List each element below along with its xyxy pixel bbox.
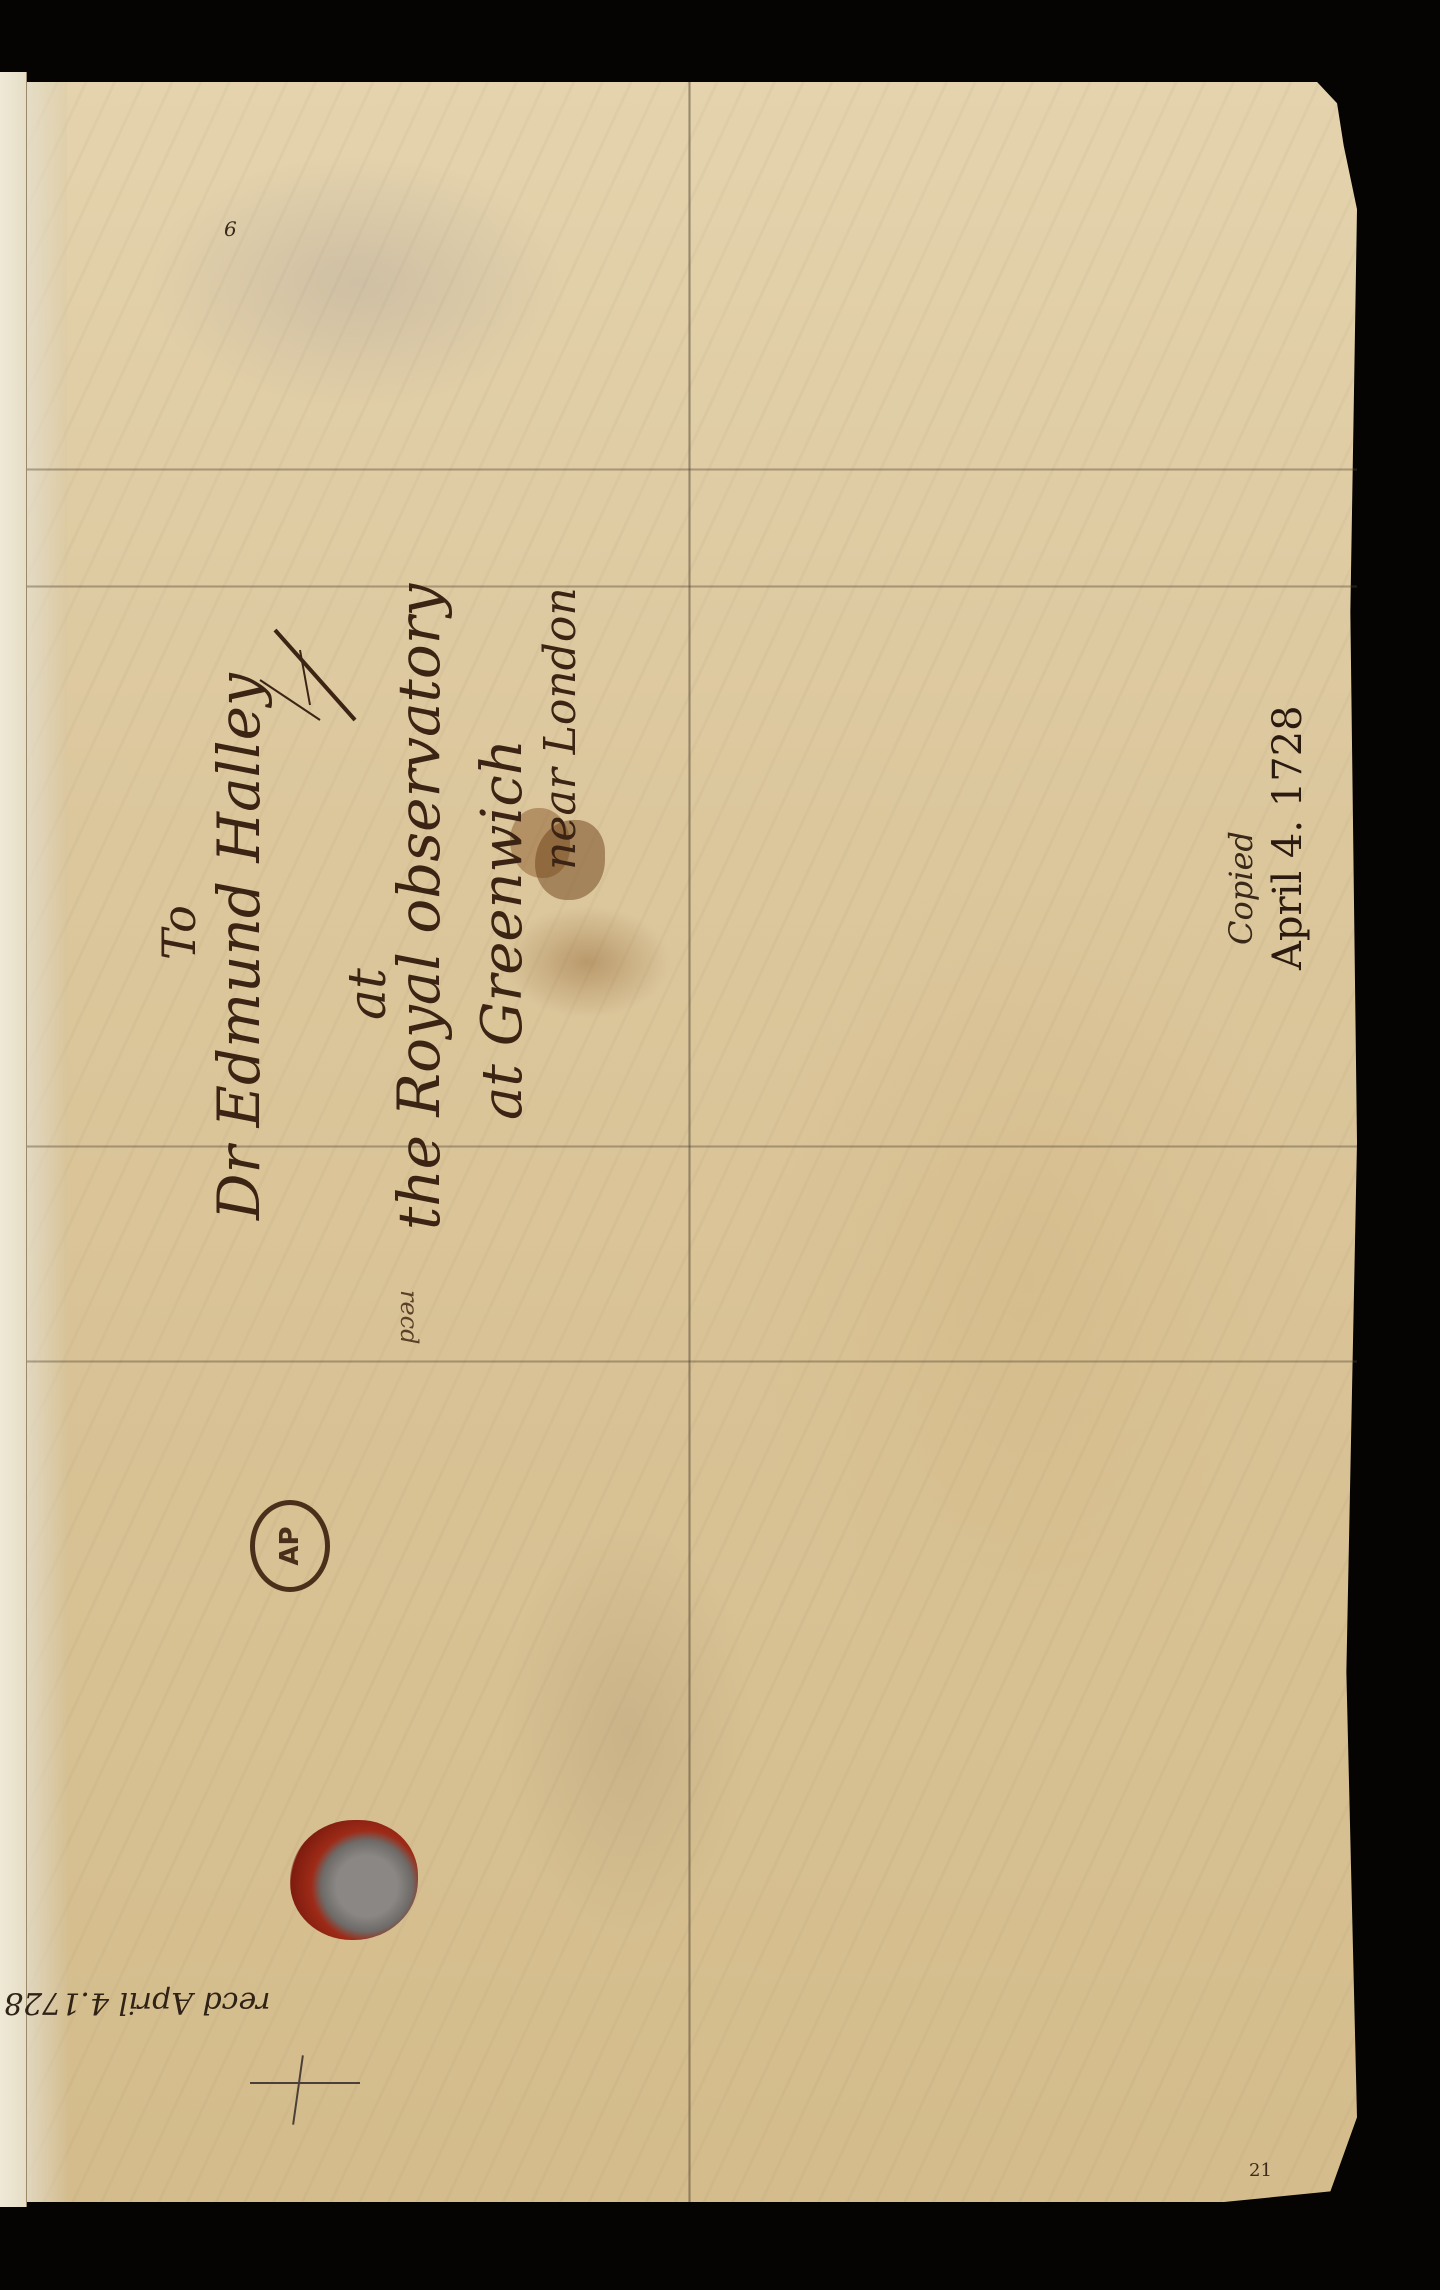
mount-backing bbox=[0, 72, 27, 2207]
fold-line-horizontal bbox=[27, 468, 1357, 471]
address-line-at-city: at Greenwich bbox=[470, 739, 535, 1120]
postal-stamp-icon: AP bbox=[250, 1500, 330, 1592]
stamp-text: AP bbox=[249, 1511, 331, 1581]
address-line-near-london: near London bbox=[535, 587, 586, 870]
fold-line-horizontal bbox=[27, 585, 1357, 588]
docket-copied-note: Copied bbox=[1222, 831, 1260, 945]
address-line-to: To bbox=[152, 905, 206, 960]
folio-number-bottom: 21 bbox=[1249, 2160, 1272, 2181]
sheet-edge bbox=[27, 82, 67, 2202]
folio-number-top: 6 bbox=[224, 217, 237, 241]
address-recipient-name: Dr Edmund Halley bbox=[205, 673, 273, 1220]
fold-line-horizontal bbox=[27, 1360, 1357, 1363]
address-institution: the Royal observatory bbox=[385, 584, 453, 1230]
pencil-cross-icon bbox=[250, 2082, 360, 2084]
postal-mark-icon bbox=[240, 620, 360, 730]
wax-seal-icon bbox=[290, 1820, 418, 1940]
received-note: recd April 4.1728 bbox=[4, 1985, 271, 2020]
margin-note-recd: recd bbox=[395, 1290, 423, 1344]
docket-date: April 4. 1728 bbox=[1265, 705, 1311, 970]
fold-line-vertical bbox=[688, 82, 691, 2202]
